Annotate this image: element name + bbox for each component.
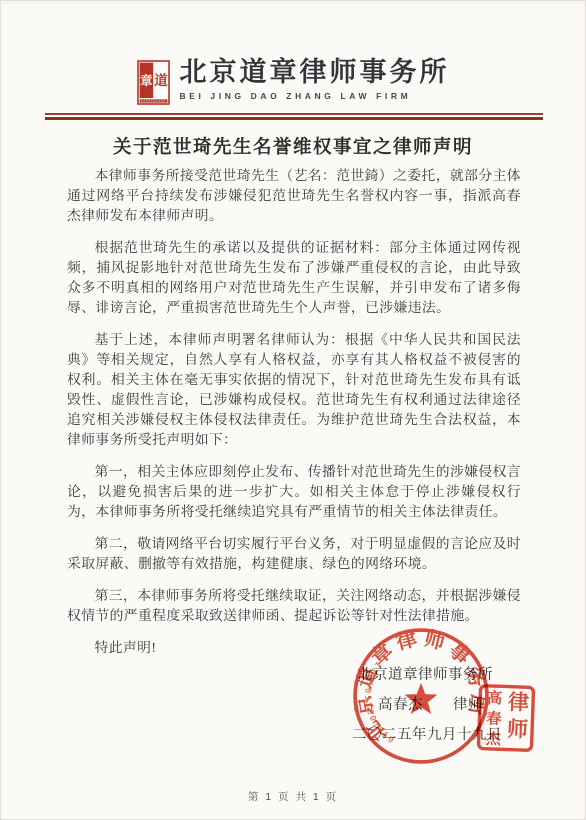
square-seal-title-char-2: 师 (507, 717, 529, 742)
paragraph-demand-one: 第一，相关主体应即刻停止发布、传播针对范世琦先生的涉嫌侵权言论，以避免损害后果的… (67, 462, 521, 522)
firm-name-group: 北京道章律师事务所 BEI JING DAO ZHANG LAW FIRM (180, 58, 450, 101)
paragraph-demand-three: 第三，本律师事务所将受托继续取证，关注网络动态，并根据涉嫌侵权情节的严重程度采取… (67, 586, 521, 626)
paragraph-legal-basis: 基于上述，本律师声明署名律师认为：根据《中华人民共和国民法典》等相关规定，自然人… (67, 330, 521, 450)
round-seal-star-icon (405, 683, 438, 714)
letterhead-divider (45, 113, 543, 120)
page-number-indicator: 第 1 页 共 1 页 (0, 789, 586, 804)
square-seal-name-char-2: 春 (486, 709, 502, 728)
square-seal-title-char-1: 律 (508, 690, 530, 715)
firm-name-en: BEI JING DAO ZHANG LAW FIRM (180, 91, 450, 101)
firm-name-cn: 北京道章律师事务所 (180, 58, 450, 88)
firm-logo-seal-icon: 章 道 (137, 60, 170, 105)
paragraph-intro: 本律师事务所接受范世琦先生（艺名：范世錡）之委托，就部分主体通过网络平台持续发布… (67, 166, 521, 226)
divider-thin-line (45, 113, 543, 115)
document-title: 关于范世琦先生名誉维权事宜之律师声明 (0, 133, 586, 159)
square-seal-name-char-1: 高 (487, 689, 503, 708)
paragraph-facts: 根据范世琦先生的承诺以及提供的证据材料：部分主体通过网传视频，捕风捉影地针对范世… (67, 238, 521, 318)
document-page: 章 道 北京道章律师事务所 BEI JING DAO ZHANG LAW FIR… (0, 0, 586, 820)
paragraph-demand-two: 第二，敬请网络平台切实履行平台义务，对于明显虚假的言论应及时采取屏蔽、删撤等有效… (67, 534, 521, 574)
logo-char-zhang: 章 (140, 73, 153, 88)
divider-thick-line (45, 117, 543, 120)
lawyer-square-seal-stamp: 律 师 高 春 杰 (476, 683, 536, 753)
logo-char-dao: 道 (154, 72, 168, 88)
firm-round-seal-stamp: 北京道章律师事务所 1101051007650 (351, 626, 491, 766)
firm-logo-row: 章 道 北京道章律师事务所 BEI JING DAO ZHANG LAW FIR… (0, 58, 586, 105)
document-body: 本律师事务所接受范世琦先生（艺名：范世錡）之委托，就部分主体通过网络平台持续发布… (67, 166, 521, 670)
square-seal-name-char-3: 杰 (485, 731, 502, 749)
letterhead: 章 道 北京道章律师事务所 BEI JING DAO ZHANG LAW FIR… (0, 58, 586, 105)
